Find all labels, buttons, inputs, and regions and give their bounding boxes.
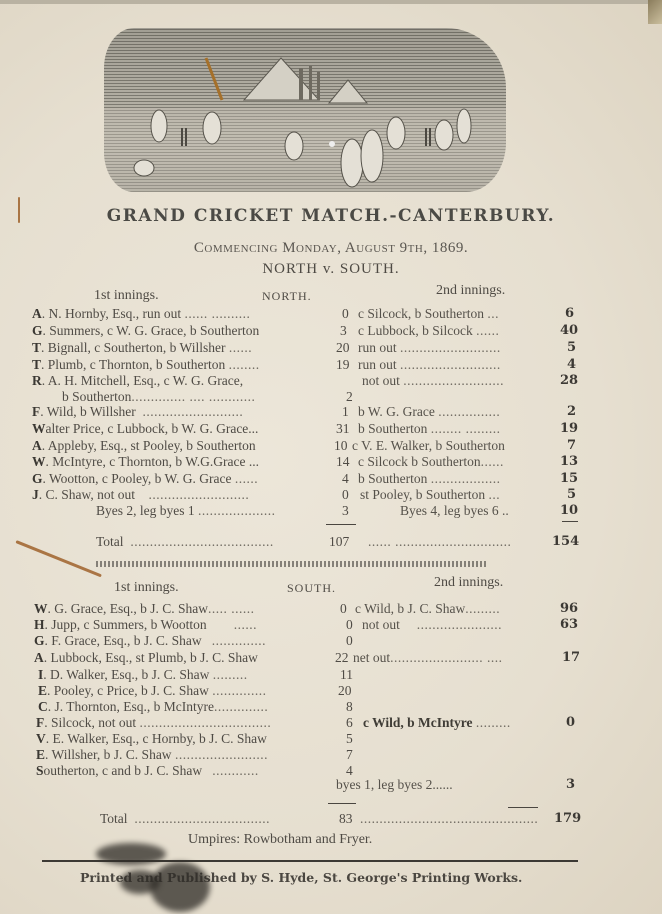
second-innings-dismissal: run out .......................... (358, 340, 501, 356)
batsman-name: R. A. H. Mitchell, Esq., c W. G. Grace, (32, 373, 243, 389)
first-innings-score: 20 (336, 340, 350, 356)
batsman-name: F. Silcock, not out ....................… (36, 715, 271, 731)
batsman-name: J. C. Shaw, not out ....................… (32, 487, 249, 503)
first-innings-score: 3 (340, 323, 347, 339)
first-innings-extras: 3 (342, 503, 349, 519)
total-rule (562, 521, 578, 522)
table-row: E. Willsher, b J. C. Shaw ..............… (0, 747, 662, 764)
second-innings-score: 5 (567, 487, 576, 502)
first-innings-score: 7 (346, 747, 353, 763)
first-innings-score: 4 (342, 471, 349, 487)
table-row: E. Pooley, c Price, b J. C. Shaw .......… (0, 683, 662, 700)
south-second-innings-label: 2nd innings. (434, 575, 503, 591)
table-row: I. D. Walker, Esq., b J. C. Shaw .......… (0, 667, 662, 684)
south-first-innings-label: 1st innings. (114, 580, 179, 596)
table-row: A. Lubbock, Esq., st Plumb, b J. C. Shaw… (0, 650, 662, 667)
second-innings-extras-label: Byes 4, leg byes 6 .. (400, 503, 509, 519)
batsman-name: A. N. Hornby, Esq., run out ...... .....… (32, 306, 250, 322)
second-innings-score: 7 (567, 438, 576, 453)
second-innings-dismissal: c V. E. Walker, b Southerton (352, 438, 505, 454)
second-innings-extras: 3 (566, 777, 575, 792)
batsman-name: G. F. Grace, Esq., b J. C. Shaw ........… (34, 633, 266, 649)
table-row: W. McIntyre, c Thornton, b W.G.Grace ...… (0, 454, 662, 471)
page-edge (0, 0, 662, 4)
page-title: GRAND CRICKET MATCH.-CANTERBURY. (0, 206, 662, 226)
first-innings-score: 0 (342, 487, 349, 503)
total-row: Total ..................................… (0, 534, 662, 551)
second-innings-dismissal: c Silcock b Southerton...... (358, 454, 504, 470)
extras-row: byes 1, leg byes 2...... 3 (0, 777, 662, 794)
first-innings-score: 5 (346, 731, 353, 747)
second-innings-score: 0 (566, 715, 575, 730)
total-label: Total ..................................… (100, 811, 270, 827)
table-row: F. Wild, b Willsher ....................… (0, 404, 662, 421)
batsman-name: V. E. Walker, Esq., c Hornby, b J. C. Sh… (36, 731, 267, 747)
scorecard-page: GRAND CRICKET MATCH.-CANTERBURY. Commenc… (0, 0, 662, 914)
section-divider (96, 561, 486, 567)
table-row: G. Wootton, c Pooley, b W. G. Grace ....… (0, 471, 662, 488)
batsman-name: Walter Price, c Lubbock, b W. G. Grace..… (32, 421, 258, 437)
second-innings-score: 5 (567, 340, 576, 355)
first-innings-score: 0 (342, 306, 349, 322)
table-row: Walter Price, c Lubbock, b W. G. Grace..… (0, 421, 662, 438)
second-innings-dismissal: net out........................ .... (353, 650, 503, 666)
batsman-name: E. Willsher, b J. C. Shaw ..............… (36, 747, 268, 763)
table-row: A. N. Hornby, Esq., run out ...... .....… (0, 306, 662, 323)
second-innings-score: 19 (560, 421, 578, 436)
second-innings-score: 6 (565, 306, 574, 321)
first-innings-score: 6 (346, 715, 353, 731)
second-innings-dismissal: run out .......................... (358, 357, 501, 373)
first-innings-total: 107 (329, 534, 349, 550)
total-dots: ........................................… (360, 811, 538, 827)
batsman-name: I. D. Walker, Esq., b J. C. Shaw .......… (38, 667, 248, 683)
pencil-mark (18, 197, 20, 223)
table-row: R. A. H. Mitchell, Esq., c W. G. Grace, … (0, 373, 662, 390)
second-innings-dismissal: b Southerton ........ ......... (358, 421, 501, 437)
second-innings-score: 4 (567, 357, 576, 372)
ink-smudge (96, 843, 166, 865)
first-innings-score: 2 (346, 389, 353, 405)
second-innings-score: 40 (560, 323, 578, 338)
batsman-name: A. Lubbock, Esq., st Plumb, b J. C. Shaw (34, 650, 258, 666)
first-innings-score: 10 (334, 438, 348, 454)
total-dots: ...... .............................. (368, 534, 511, 550)
table-row: A. Appleby, Esq., st Pooley, b Southerto… (0, 438, 662, 455)
first-innings-score: 19 (336, 357, 350, 373)
total-label: Total ..................................… (96, 534, 274, 550)
batsman-name: F. Wild, b Willsher ....................… (32, 404, 243, 420)
second-innings-score: 17 (562, 650, 580, 665)
north-second-innings-label: 2nd innings. (436, 283, 505, 299)
first-innings-score: 20 (338, 683, 352, 699)
north-first-innings-label: 1st innings. (94, 288, 159, 304)
second-innings-score: 13 (560, 454, 578, 469)
umpires: Umpires: Rowbotham and Fryer. (188, 832, 372, 848)
table-row: C. J. Thornton, Esq., b McIntyre........… (0, 699, 662, 716)
total-rule (328, 803, 356, 804)
table-row: F. Silcock, not out ....................… (0, 715, 662, 732)
extras-label: Byes 2, leg byes 1 .................... (96, 503, 276, 519)
batsman-name: W. McIntyre, c Thornton, b W.G.Grace ... (32, 454, 259, 470)
table-row: T. Plumb, c Thornton, b Southerton .....… (0, 357, 662, 374)
second-innings-dismissal: not out .......................... (362, 373, 504, 389)
table-row: H. Jupp, c Summers, b Wootton ...... 0 n… (0, 617, 662, 634)
ink-smudge (120, 870, 160, 894)
second-innings-dismissal: not out ...................... (362, 617, 502, 633)
batsman-name: E. Pooley, c Price, b J. C. Shaw .......… (38, 683, 267, 699)
second-innings-dismissal: st Pooley, b Southerton ... (360, 487, 500, 503)
batsman-name: A. Appleby, Esq., st Pooley, b Southerto… (32, 438, 256, 454)
second-innings-dismissal: c Wild, b McIntyre ......... (363, 715, 511, 731)
page-corner (648, 0, 662, 24)
table-row: J. C. Shaw, not out ....................… (0, 487, 662, 504)
second-innings-dismissal: c Silcock, b Southerton ... (358, 306, 499, 322)
total-rule (326, 524, 356, 525)
batsman-name-continued: b Southerton.............. .... ........… (62, 389, 255, 405)
table-row: G. F. Grace, Esq., b J. C. Shaw ........… (0, 633, 662, 650)
total-row: Total ..................................… (0, 811, 662, 828)
first-innings-score: 14 (336, 454, 350, 470)
first-innings-total: 83 (339, 811, 353, 827)
batsman-name: T. Bignall, c Southerton, b Willsher ...… (32, 340, 252, 356)
match-date: Commencing Monday, August 9th, 1869. (0, 240, 662, 257)
first-innings-score: 0 (346, 633, 353, 649)
first-innings-score: 11 (340, 667, 353, 683)
second-innings-score: 28 (560, 373, 578, 388)
south-team-label: SOUTH. (287, 581, 336, 596)
second-innings-score: 96 (560, 601, 578, 616)
table-row: T. Bignall, c Southerton, b Willsher ...… (0, 340, 662, 357)
first-innings-score: 0 (346, 617, 353, 633)
batsman-name: W. G. Grace, Esq., b J. C. Shaw..... ...… (34, 601, 254, 617)
total-rule (508, 807, 538, 808)
second-innings-total: 154 (552, 534, 579, 549)
second-innings-score: 63 (560, 617, 578, 632)
north-team-label: NORTH. (262, 289, 312, 304)
batsman-name: C. J. Thornton, Esq., b McIntyre........… (38, 699, 268, 715)
match-teams: NORTH v. SOUTH. (0, 261, 662, 278)
first-innings-score: 1 (342, 404, 349, 420)
extras-row: Byes 2, leg byes 1 .................... … (0, 503, 662, 520)
second-innings-dismissal: c Wild, b J. C. Shaw......... (355, 601, 500, 617)
batsman-name: G. Summers, c W. G. Grace, b Southerton (32, 323, 259, 339)
second-innings-score: 2 (567, 404, 576, 419)
batsman-name: H. Jupp, c Summers, b Wootton ...... (34, 617, 257, 633)
first-innings-score: 31 (336, 421, 350, 437)
second-innings-dismissal: c Lubbock, b Silcock ...... (358, 323, 499, 339)
second-innings-score: 15 (560, 471, 578, 486)
ink-smudge (150, 862, 210, 912)
first-innings-score: 8 (346, 699, 353, 715)
batsman-name: T. Plumb, c Thornton, b Southerton .....… (32, 357, 260, 373)
second-innings-total: 179 (554, 811, 581, 826)
first-innings-score: 22 (335, 650, 349, 666)
first-innings-score: 0 (340, 601, 347, 617)
table-row: V. E. Walker, Esq., c Hornby, b J. C. Sh… (0, 731, 662, 748)
batsman-name: G. Wootton, c Pooley, b W. G. Grace ....… (32, 471, 258, 487)
cricket-match-engraving-icon (104, 28, 506, 192)
table-row: G. Summers, c W. G. Grace, b Southerton … (0, 323, 662, 340)
second-innings-extras-label: byes 1, leg byes 2...... (336, 777, 453, 793)
table-row: W. G. Grace, Esq., b J. C. Shaw..... ...… (0, 601, 662, 618)
second-innings-dismissal: b Southerton .................. (358, 471, 501, 487)
second-innings-extras: 10 (560, 503, 578, 518)
second-innings-dismissal: b W. G. Grace ................ (358, 404, 500, 420)
